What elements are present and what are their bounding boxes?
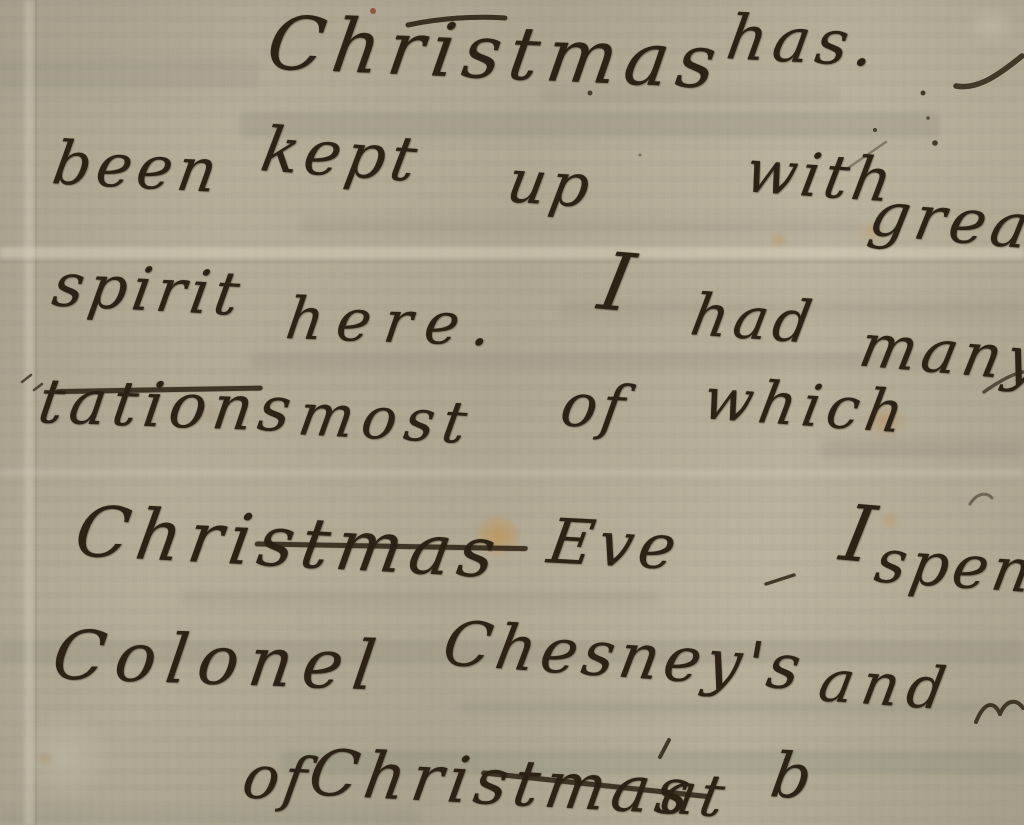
word: most — [294, 380, 479, 457]
fold-crease-horizontal-faint — [0, 468, 1024, 476]
word: Colonel — [48, 616, 390, 706]
word: Christmas — [262, 0, 730, 105]
word: and — [814, 647, 959, 724]
bleedthrough-band — [0, 58, 260, 88]
word: at — [656, 759, 734, 825]
word: been — [48, 128, 227, 206]
word: which — [698, 365, 915, 447]
worn-corner-bottom-left — [0, 688, 130, 825]
word-crossed-out: Christmas — [304, 737, 701, 825]
word-cut-at-edge: spen — [870, 527, 1024, 607]
worn-corner-top-right — [958, 0, 1024, 52]
word: up — [502, 147, 599, 222]
bleedthrough-band — [250, 354, 950, 368]
word: Chesney's — [438, 607, 811, 704]
word-cut-at-edge: grea — [864, 177, 1024, 263]
word: has. — [722, 1, 886, 81]
word: kept — [256, 113, 427, 196]
word: of — [556, 370, 633, 443]
word: here. — [282, 284, 509, 359]
letter-page: Christmas has. been kept up with grea sp… — [0, 0, 1024, 825]
bleedthrough-band — [180, 590, 660, 606]
word-cut-at-edge: b — [766, 739, 817, 814]
word: spirit — [48, 250, 249, 329]
word-crossed-out: Christmas — [70, 491, 508, 595]
word-crossed-out: tations — [34, 364, 302, 446]
word: had — [686, 281, 822, 357]
word: Eve — [543, 505, 686, 584]
word: of — [238, 742, 315, 815]
